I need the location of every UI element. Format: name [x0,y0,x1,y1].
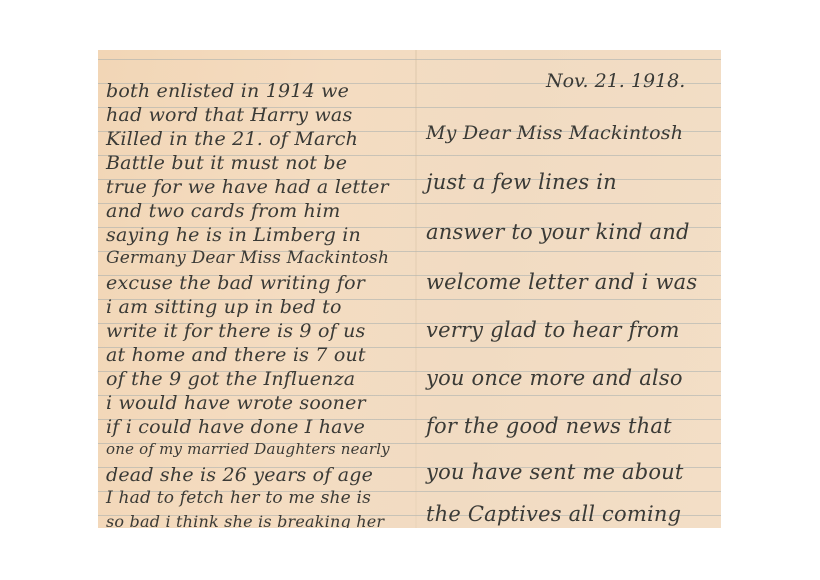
handwritten-line: Germany Dear Miss Mackintosh [106,248,389,268]
handwritten-line: dead she is 26 years of age [106,464,373,486]
handwritten-line: had word that Harry was [106,104,352,126]
handwritten-line: i would have wrote sooner [106,392,366,414]
handwritten-line: write it for there is 9 of us [106,320,365,342]
handwritten-line: one of my married Daughters nearly [106,440,390,458]
letter-date: Nov. 21. 1918. [546,70,685,92]
handwritten-line: you have sent me about [426,460,684,484]
handwritten-line: just a few lines in [426,170,617,194]
letter-paper: both enlisted in 1914 we had word that H… [98,50,721,528]
handwritten-line: both enlisted in 1914 we [106,80,349,102]
handwritten-line: of the 9 got the Influenza [106,368,355,390]
handwritten-line: verry glad to hear from [426,318,680,342]
handwritten-line: Killed in the 21. of March [106,128,358,150]
handwritten-line: the Captives all coming [426,502,681,526]
handwritten-line: you once more and also [426,366,683,390]
handwritten-line: excuse the bad writing for [106,272,365,294]
handwritten-line: welcome letter and i was [426,270,697,294]
handwritten-line: if i could have done I have [106,416,365,438]
handwritten-line: so bad i think she is breaking her [106,512,384,528]
right-page: Nov. 21. 1918. My Dear Miss Mackintosh j… [416,50,721,528]
left-page: both enlisted in 1914 we had word that H… [98,50,416,528]
handwritten-line: I had to fetch her to me she is [106,488,371,508]
handwritten-line: and two cards from him [106,200,341,222]
handwritten-line: at home and there is 7 out [106,344,366,366]
handwritten-line: answer to your kind and [426,220,690,244]
handwritten-line: Battle but it must not be [106,152,347,174]
salutation: My Dear Miss Mackintosh [426,122,683,144]
handwritten-line: i am sitting up in bed to [106,296,342,318]
handwritten-line: saying he is in Limberg in [106,224,361,246]
handwritten-line: for the good news that [426,414,672,438]
handwritten-line: true for we have had a letter [106,176,389,198]
